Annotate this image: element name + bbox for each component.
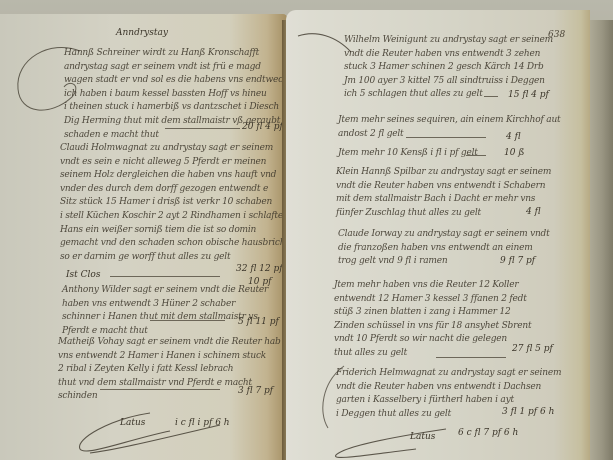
- entry-amount: 4 fl: [506, 132, 521, 142]
- left-page-heading: Anndrystay: [116, 28, 168, 38]
- entry-amount: 5 fl 11 pf 6 h: [238, 317, 287, 327]
- ledger-entry: Anthony Wilder sagt er seinem vndt die R…: [62, 284, 268, 338]
- entry-rule: [150, 320, 225, 321]
- entry-amount: 15 fl 4 pf: [508, 90, 549, 100]
- entry-amount: 9 fl 7 pf: [500, 256, 535, 266]
- latus-flourish-icon: [70, 409, 180, 459]
- entry-rule: [100, 389, 220, 390]
- entry-amount: 32 fl 12 pf: [236, 264, 283, 274]
- left-page: Anndrystay Hannß Schreiner wirdt zu Hanß…: [0, 14, 287, 460]
- entry-amount: 20 fl 4 pf: [242, 122, 283, 132]
- entry-rule: [484, 96, 498, 97]
- latus-label: Latus: [410, 432, 435, 442]
- entry-rule: [436, 357, 506, 358]
- entry-rule: [165, 128, 240, 129]
- entry-amount: 4 fl: [526, 207, 541, 217]
- entry-rule: [110, 276, 220, 277]
- entry-amount: 27 fl 5 pf: [512, 344, 553, 354]
- latus-amount: 6 c fl 7 pf 6 h: [458, 428, 518, 438]
- margin-note: Ist Clos: [66, 270, 100, 280]
- ledger-entry: Jtem mehr 10 Kensß i fl i pf gelt: [338, 147, 478, 161]
- entry-amount: 3 fl 1 pf 6 h: [502, 407, 554, 417]
- ledger-entry: Claudi Holmwagnat zu andrystay sagt er s…: [60, 142, 286, 264]
- entry-amount: 3 fl 7 pf: [238, 386, 273, 396]
- entry-rule: [466, 155, 486, 156]
- entry-amount: 10 ß: [504, 148, 524, 158]
- latus-flourish-icon: [326, 425, 466, 460]
- latus-amount: i c fl i pf 6 h: [175, 418, 230, 428]
- latus-label: Latus: [120, 418, 145, 428]
- ledger-entry: Jtem mehr haben vns die Reuter 12 Koller…: [334, 279, 531, 361]
- entry-rule: [406, 137, 486, 138]
- ledger-entry: Klein Hannß Spilbar zu andrystay sagt er…: [336, 166, 551, 220]
- right-page: 638 Wilhelm Weinigunt zu andrystay sagt …: [286, 10, 590, 460]
